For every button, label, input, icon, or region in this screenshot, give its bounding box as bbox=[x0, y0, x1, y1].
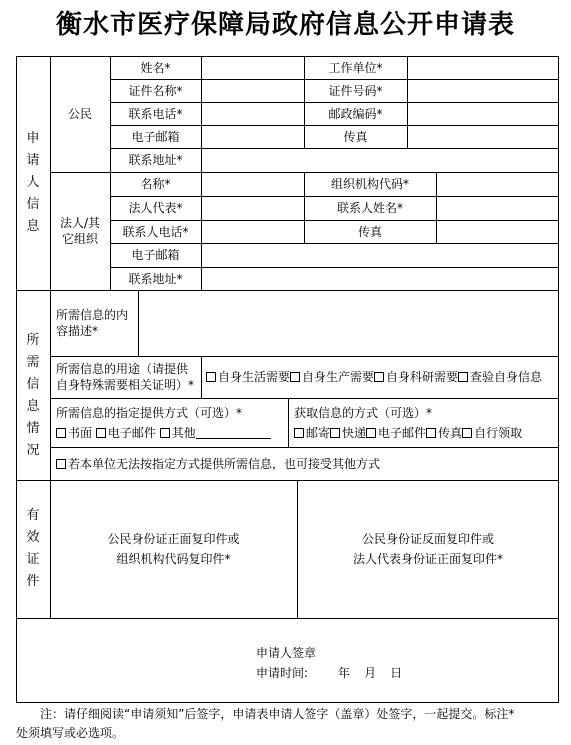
obtain-option-email[interactable]: 电子邮件 bbox=[366, 426, 426, 440]
purpose-option-verify[interactable]: 查验自身信息 bbox=[458, 369, 542, 385]
section-divider bbox=[16, 618, 559, 619]
obtain-method-group: 获取信息的方式（可选）* 邮寄快递电子邮件传真自行领取 bbox=[288, 398, 559, 447]
obtain-option-express[interactable]: 快递 bbox=[330, 426, 366, 440]
label-org-name: 名称* bbox=[110, 172, 201, 196]
content-desc-label: 所需信息的内 容描述* bbox=[50, 290, 138, 356]
checkbox-icon[interactable] bbox=[294, 428, 304, 438]
document-front-slot[interactable]: 公民身份证正面复印件或 组织机构代码复印件* bbox=[50, 480, 297, 618]
checkbox-icon[interactable] bbox=[458, 372, 468, 382]
label-org-code: 组织机构代码* bbox=[304, 172, 436, 196]
label-org-address: 联系地址* bbox=[110, 267, 201, 290]
documents-section-label: 有效证件 bbox=[23, 505, 43, 593]
checkbox-icon[interactable] bbox=[96, 428, 106, 438]
input-address[interactable] bbox=[201, 148, 559, 172]
input-org-address[interactable] bbox=[201, 267, 559, 290]
alternative-option[interactable]: 若本单位无法按指定方式提供所需信息，也可接受其他方式 bbox=[50, 447, 559, 480]
purpose-option-production[interactable]: 自身生产需要 bbox=[290, 369, 374, 385]
input-content-desc[interactable] bbox=[138, 290, 559, 356]
input-contact-name[interactable] bbox=[436, 196, 559, 220]
label-fax: 传真 bbox=[304, 125, 407, 148]
checkbox-icon[interactable] bbox=[206, 372, 216, 382]
provide-option-other[interactable]: 其他 bbox=[160, 426, 271, 440]
applicant-section-label: 申请人信息 bbox=[23, 128, 43, 238]
obtain-option-fax[interactable]: 传真 bbox=[426, 426, 462, 440]
purpose-label: 所需信息的用途（请提供 自身特殊需要相关证明）* bbox=[50, 356, 201, 398]
provide-option-email[interactable]: 电子邮件 bbox=[96, 426, 156, 440]
label-id-type: 证件名称* bbox=[110, 79, 201, 102]
input-id-type[interactable] bbox=[201, 79, 304, 102]
obtain-method-label: 获取信息的方式（可选）* bbox=[294, 403, 432, 423]
provide-method-group: 所需信息的指定提供方式（可选）* 书面 电子邮件 其他 bbox=[50, 398, 288, 447]
input-work-unit[interactable] bbox=[407, 56, 559, 79]
checkbox-icon[interactable] bbox=[290, 372, 300, 382]
label-contact-phone: 联系人电话* bbox=[110, 220, 201, 243]
checkbox-icon[interactable] bbox=[56, 428, 66, 438]
label-legal-rep: 法人代表* bbox=[110, 196, 201, 220]
label-address: 联系地址* bbox=[110, 148, 201, 172]
page-title: 衡水市医疗保障局政府信息公开申请表 bbox=[0, 8, 571, 42]
provide-option-paper[interactable]: 书面 bbox=[56, 426, 92, 440]
checkbox-icon[interactable] bbox=[366, 428, 376, 438]
purpose-options: 自身生活需要 自身生产需要 自身科研需要 查验自身信息 bbox=[201, 356, 559, 398]
purpose-option-research[interactable]: 自身科研需要 bbox=[374, 369, 458, 385]
input-fax[interactable] bbox=[407, 125, 559, 148]
footnote: 注：请仔细阅读“申请须知”后签字，申请表申请人签字（盖章）处签字，一起提交。标注… bbox=[16, 705, 556, 743]
other-blank-input[interactable] bbox=[196, 426, 271, 439]
label-email: 电子邮箱 bbox=[110, 125, 201, 148]
label-id-number: 证件号码* bbox=[304, 79, 407, 102]
document-back-slot[interactable]: 公民身份证反面复印件或 法人代表身份证正面复印件* bbox=[297, 480, 559, 618]
purpose-option-life[interactable]: 自身生活需要 bbox=[206, 369, 290, 385]
input-id-number[interactable] bbox=[407, 79, 559, 102]
checkbox-icon[interactable] bbox=[330, 428, 340, 438]
input-org-fax[interactable] bbox=[436, 220, 559, 243]
obtain-option-mail[interactable]: 邮寄 bbox=[294, 426, 330, 440]
organization-label: 法人/其 它组织 bbox=[50, 172, 110, 290]
label-work-unit: 工作单位* bbox=[304, 56, 407, 79]
input-postcode[interactable] bbox=[407, 102, 559, 125]
label-postcode: 邮政编码* bbox=[304, 102, 407, 125]
application-date[interactable]: 申请时间: 年 月 日 bbox=[250, 664, 500, 682]
label-contact-name: 联系人姓名* bbox=[304, 196, 436, 220]
info-section-label: 所需信息情况 bbox=[23, 330, 43, 462]
input-contact-phone[interactable] bbox=[201, 220, 304, 243]
provide-method-label: 所需信息的指定提供方式（可选）* bbox=[56, 403, 242, 423]
input-org-code[interactable] bbox=[436, 172, 559, 196]
input-org-name[interactable] bbox=[201, 172, 304, 196]
checkbox-icon[interactable] bbox=[374, 372, 384, 382]
citizen-label: 公民 bbox=[50, 56, 110, 172]
checkbox-icon[interactable] bbox=[160, 428, 170, 438]
checkbox-icon[interactable] bbox=[462, 428, 472, 438]
input-org-email[interactable] bbox=[201, 243, 559, 267]
input-phone[interactable] bbox=[201, 102, 304, 125]
label-phone: 联系电话* bbox=[110, 102, 201, 125]
obtain-option-pickup[interactable]: 自行领取 bbox=[462, 426, 522, 440]
input-email[interactable] bbox=[201, 125, 304, 148]
label-name: 姓名* bbox=[110, 56, 201, 79]
input-name[interactable] bbox=[201, 56, 304, 79]
input-legal-rep[interactable] bbox=[201, 196, 304, 220]
checkbox-icon[interactable] bbox=[56, 459, 66, 469]
label-org-fax: 传真 bbox=[304, 220, 436, 243]
signature-label: 申请人签章 bbox=[250, 644, 450, 662]
checkbox-icon[interactable] bbox=[426, 428, 436, 438]
label-org-email: 电子邮箱 bbox=[110, 243, 201, 267]
